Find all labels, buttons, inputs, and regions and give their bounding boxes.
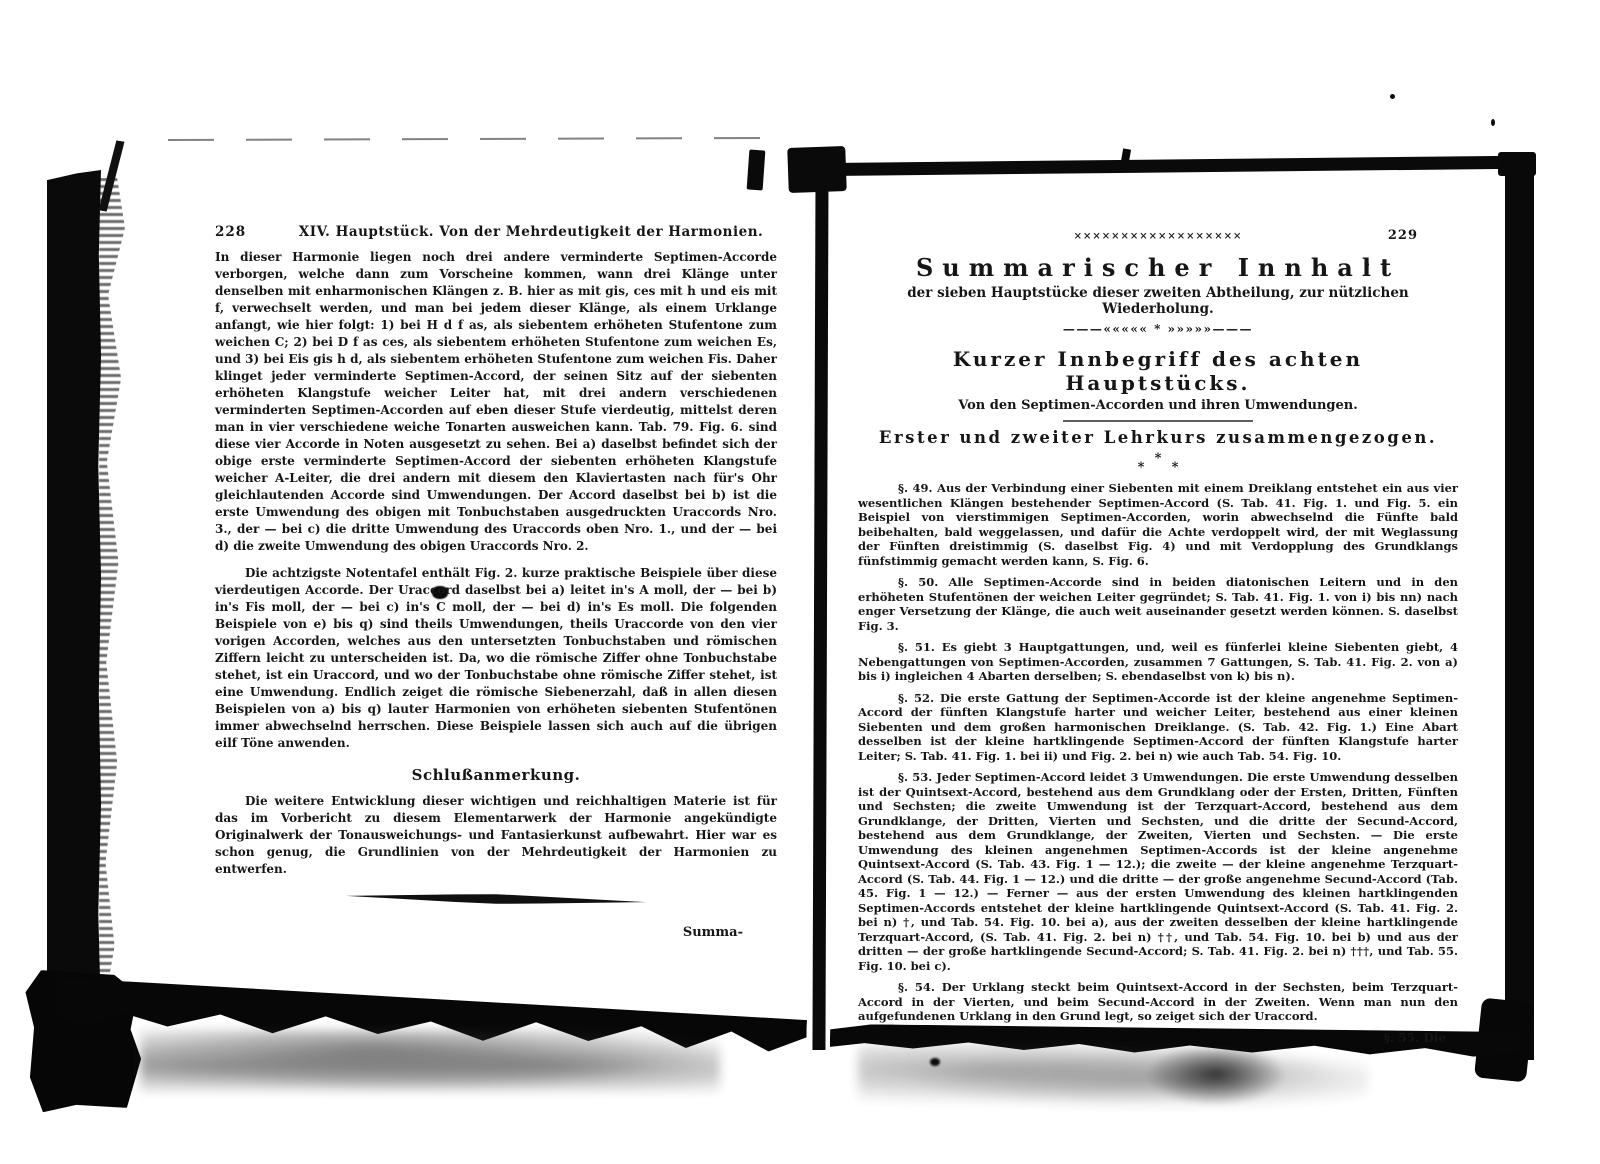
- section-paragraph: §. 52. Die erste Gattung der Septimen-Ac…: [858, 691, 1458, 764]
- scan-bottom-smudge-left: [140, 1030, 720, 1092]
- scan-left-edge-texture: [99, 178, 125, 1013]
- right-page-number: 229: [1388, 228, 1418, 243]
- section-paragraph: §. 53. Jeder Septimen-Accord leidet 3 Um…: [858, 770, 1458, 973]
- chapter-subheading: Von den Septimen-Accorden und ihren Umwe…: [858, 398, 1458, 413]
- chapter-heading: Kurzer Innbegriff des achten Hauptstücks…: [858, 347, 1458, 395]
- asterism-bottom: * *: [858, 463, 1458, 472]
- course-heading: Erster und zweiter Lehrkurs zusammengezo…: [858, 428, 1458, 447]
- scan-right-edge-bar: [1505, 155, 1534, 1060]
- ink-speck: [1390, 94, 1395, 99]
- paragraph: Die weitere Entwicklung dieser wichtigen…: [215, 793, 777, 878]
- right-body-text: §. 49. Aus der Verbindung einer Siebente…: [858, 481, 1458, 1024]
- left-page: 228 XIV. Hauptstück. Von der Mehrdeutigk…: [215, 224, 777, 940]
- arrow-divider-ornament: ———««««« * »»»»»———: [858, 322, 1458, 336]
- paragraph: In dieser Harmonie liegen noch drei ande…: [215, 249, 777, 555]
- right-top-line: ×××××××××××××××××× 229: [858, 231, 1458, 247]
- paragraph: Die achtzigste Notentafel enthält Fig. 2…: [215, 565, 777, 752]
- scan-bottom-smudge-right: [858, 1044, 1368, 1108]
- scan-right-corner-blob: [1498, 152, 1536, 176]
- small-rule: [1063, 420, 1253, 422]
- scan-top-band-right: [830, 156, 1520, 176]
- section-paragraph: §. 50. Alle Septimen-Accorde sind in bei…: [858, 575, 1458, 633]
- left-running-header: 228 XIV. Hauptstück. Von der Mehrdeutigk…: [215, 224, 777, 240]
- section-paragraph: §. 49. Aus der Verbindung einer Siebente…: [858, 481, 1458, 568]
- left-page-number: 228: [215, 224, 285, 240]
- ink-speck: [930, 1058, 940, 1066]
- section-paragraph: §. 51. Es giebt 3 Hauptgattungen, und, w…: [858, 640, 1458, 684]
- left-header-title: XIV. Hauptstück. Von der Mehrdeutigkeit …: [285, 224, 777, 240]
- scan-gutter-bar: [812, 168, 828, 1050]
- left-closing-text: Die weitere Entwicklung dieser wichtigen…: [215, 793, 777, 878]
- scan-gutter-top-sliver: [747, 149, 766, 190]
- scan-page-top-edge-line: [168, 137, 768, 141]
- chain-ornament: ××××××××××××××××××: [858, 231, 1458, 242]
- left-body-text: In dieser Harmonie liegen noch drei ande…: [215, 249, 777, 752]
- asterism-ornament: * * *: [858, 454, 1458, 472]
- right-catchword: §. 55. Die: [858, 1031, 1446, 1045]
- summary-subtitle: der sieben Hauptstücke dieser zweiten Ab…: [858, 285, 1458, 317]
- swelled-rule-ornament: [346, 890, 646, 908]
- scan-bottom-smudge-dark: [1146, 1048, 1286, 1106]
- right-page: ×××××××××××××××××× 229 Summarischer Innh…: [858, 231, 1458, 1045]
- scan-left-edge-bar: [47, 170, 101, 1015]
- section-paragraph: §. 54. Der Urklang steckt beim Quintsext…: [858, 980, 1458, 1024]
- summary-title: Summarischer Innhalt: [858, 253, 1458, 282]
- book-scan: 228 XIV. Hauptstück. Von der Mehrdeutigk…: [0, 0, 1600, 1164]
- ink-speck: [1491, 119, 1495, 126]
- left-catchword: Summa-: [215, 925, 743, 940]
- closing-heading: Schlußanmerkung.: [215, 766, 777, 784]
